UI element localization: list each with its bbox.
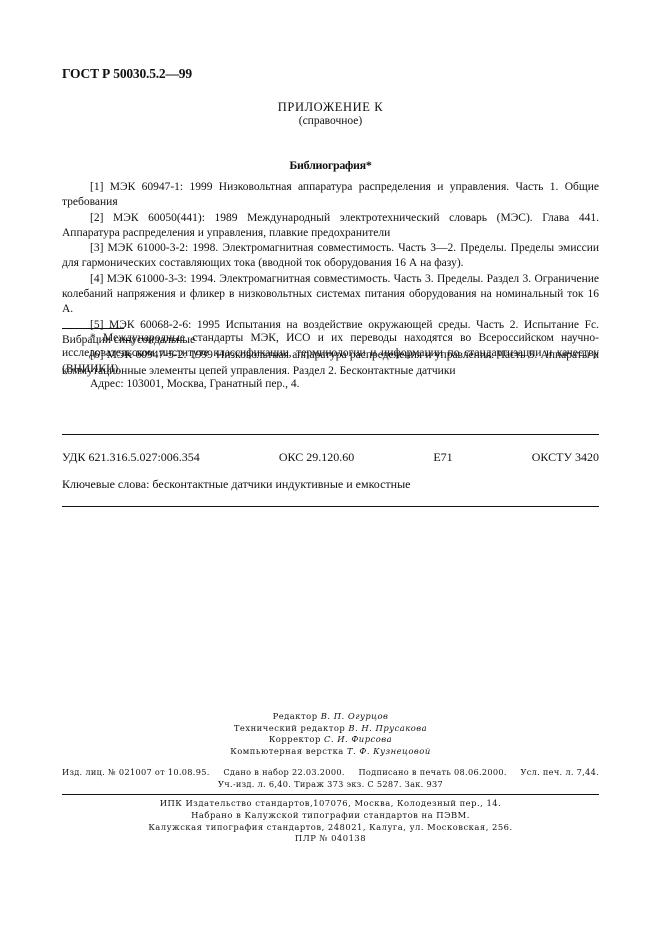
bibliography-title: Библиография* xyxy=(0,158,661,173)
publisher-block: ИПК Издательство стандартов,107076, Моск… xyxy=(0,798,661,845)
classification-bottom-rule xyxy=(62,506,599,507)
reference-item: [4] МЭК 61000-3-3: 1994. Электромагнитна… xyxy=(62,272,599,318)
credit-tech-editor: Технический редактор В. Н. Прусакова xyxy=(0,723,661,735)
imprint-rule xyxy=(62,794,599,795)
publisher-line: ПЛР № 040138 xyxy=(0,833,661,845)
publisher-line: Набрано в Калужской типографии стандарто… xyxy=(0,810,661,822)
oks-code: ОКС 29.120.60 xyxy=(279,450,354,465)
footnote: * Международные стандарты МЭК, ИСО и их … xyxy=(62,331,599,392)
footnote-address: Адрес: 103001, Москва, Гранатный пер., 4… xyxy=(62,377,599,392)
appendix-title: ПРИЛОЖЕНИЕ К xyxy=(0,100,661,115)
imprint-license: Изд. лиц. № 021007 от 10.08.95. xyxy=(62,766,210,778)
group-code: Е71 xyxy=(433,450,452,465)
standard-code: ГОСТ Р 50030.5.2—99 xyxy=(62,66,192,82)
credit-layout: Компьютерная верстка Т. Ф. Кузнецовой xyxy=(0,746,661,758)
udk-code: УДК 621.316.5.027:006.354 xyxy=(62,450,200,465)
classification-row: УДК 621.316.5.027:006.354 ОКС 29.120.60 … xyxy=(62,450,599,465)
appendix-subtitle: (справочное) xyxy=(0,115,661,127)
imprint-line-1: Изд. лиц. № 021007 от 10.08.95. Сдано в … xyxy=(62,766,599,778)
reference-item: [1] МЭК 60947-1: 1999 Низковольтная аппа… xyxy=(62,180,599,211)
reference-item: [2] МЭК 60050(441): 1989 Международный э… xyxy=(62,211,599,242)
imprint-block: Изд. лиц. № 021007 от 10.08.95. Сдано в … xyxy=(62,766,599,790)
imprint-signed: Подписано в печать 08.06.2000. xyxy=(358,766,506,778)
imprint-submitted: Сдано в набор 22.03.2000. xyxy=(223,766,344,778)
publisher-line: Калужская типография стандартов, 248021,… xyxy=(0,822,661,834)
classification-top-rule xyxy=(62,434,599,435)
imprint-print-sheets: Усл. печ. л. 7,44. xyxy=(521,766,599,778)
credit-editor: Редактор В. П. Огурцов xyxy=(0,711,661,723)
imprint-line-2: Уч.-изд. л. 6,40. Тираж 373 экз. С 5287.… xyxy=(62,778,599,790)
reference-item: [3] МЭК 61000-3-2: 1998. Электромагнитна… xyxy=(62,241,599,272)
footnote-divider xyxy=(62,328,124,329)
footnote-text: * Международные стандарты МЭК, ИСО и их … xyxy=(62,331,599,377)
credits-block: Редактор В. П. Огурцов Технический редак… xyxy=(0,711,661,757)
credit-corrector: Корректор С. И. Фирсова xyxy=(0,734,661,746)
publisher-line: ИПК Издательство стандартов,107076, Моск… xyxy=(0,798,661,810)
keywords: Ключевые слова: бесконтактные датчики ин… xyxy=(62,477,410,492)
okstu-code: ОКСТУ 3420 xyxy=(532,450,599,465)
